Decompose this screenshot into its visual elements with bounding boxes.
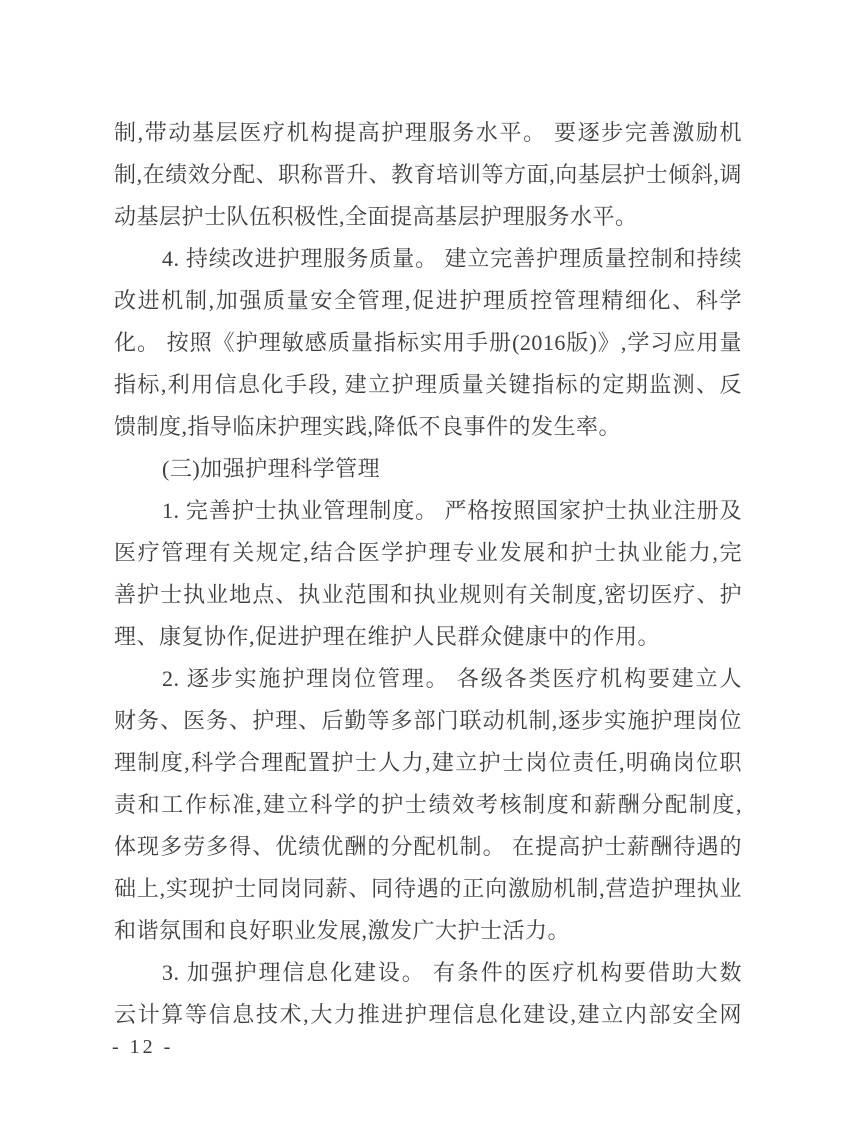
- document-line: 责和工作标准,建立科学的护士绩效考核制度和薪酬分配制度,: [114, 784, 742, 826]
- document-body: 制,带动基层医疗机构提高护理服务水平。 要逐步完善激励机制,在绩效分配、职称晋升…: [114, 112, 742, 1036]
- document-page: 制,带动基层医疗机构提高护理服务水平。 要逐步完善激励机制,在绩效分配、职称晋升…: [0, 0, 850, 1146]
- document-line: 3. 加强护理信息化建设。 有条件的医疗机构要借助大数据、: [114, 952, 742, 994]
- document-line: 和谐氛围和良好职业发展,激发广大护士活力。: [114, 910, 742, 952]
- document-line: 善护士执业地点、执业范围和执业规则有关制度,密切医疗、护: [114, 574, 742, 616]
- document-line: 理、康复协作,促进护理在维护人民群众健康中的作用。: [114, 616, 742, 658]
- document-line: 动基层护士队伍积极性,全面提高基层护理服务水平。: [114, 196, 742, 238]
- document-line: 改进机制,加强质量安全管理,促进护理质控管理精细化、科学: [114, 280, 742, 322]
- document-line: 医疗管理有关规定,结合医学护理专业发展和护士执业能力,完: [114, 532, 742, 574]
- document-line: 4. 持续改进护理服务质量。 建立完善护理质量控制和持续: [114, 238, 742, 280]
- document-line: (三)加强护理科学管理: [114, 448, 742, 490]
- page-number: - 12 -: [112, 1036, 173, 1059]
- document-line: 制,在绩效分配、职称晋升、教育培训等方面,向基层护士倾斜,调: [114, 154, 742, 196]
- document-line: 馈制度,指导临床护理实践,降低不良事件的发生率。: [114, 406, 742, 448]
- document-line: 1. 完善护士执业管理制度。 严格按照国家护士执业注册及: [114, 490, 742, 532]
- document-line: 制,带动基层医疗机构提高护理服务水平。 要逐步完善激励机: [114, 112, 742, 154]
- document-line: 指标,利用信息化手段, 建立护理质量关键指标的定期监测、反: [114, 364, 742, 406]
- document-line: 理制度,科学合理配置护士人力,建立护士岗位责任,明确岗位职: [114, 742, 742, 784]
- document-line: 体现多劳多得、优绩优酬的分配机制。 在提高护士薪酬待遇的基: [114, 826, 742, 868]
- document-line: 财务、医务、护理、后勤等多部门联动机制,逐步实施护理岗位管: [114, 700, 742, 742]
- document-line: 化。 按照《护理敏感质量指标实用手册(2016版)》,学习应用量化: [114, 322, 742, 364]
- document-line: 2. 逐步实施护理岗位管理。 各级各类医疗机构要建立人事、: [114, 658, 742, 700]
- document-line: 云计算等信息技术,大力推进护理信息化建设,建立内部安全网: [114, 994, 742, 1036]
- document-line: 础上,实现护士同岗同薪、同待遇的正向激励机制,营造护理执业: [114, 868, 742, 910]
